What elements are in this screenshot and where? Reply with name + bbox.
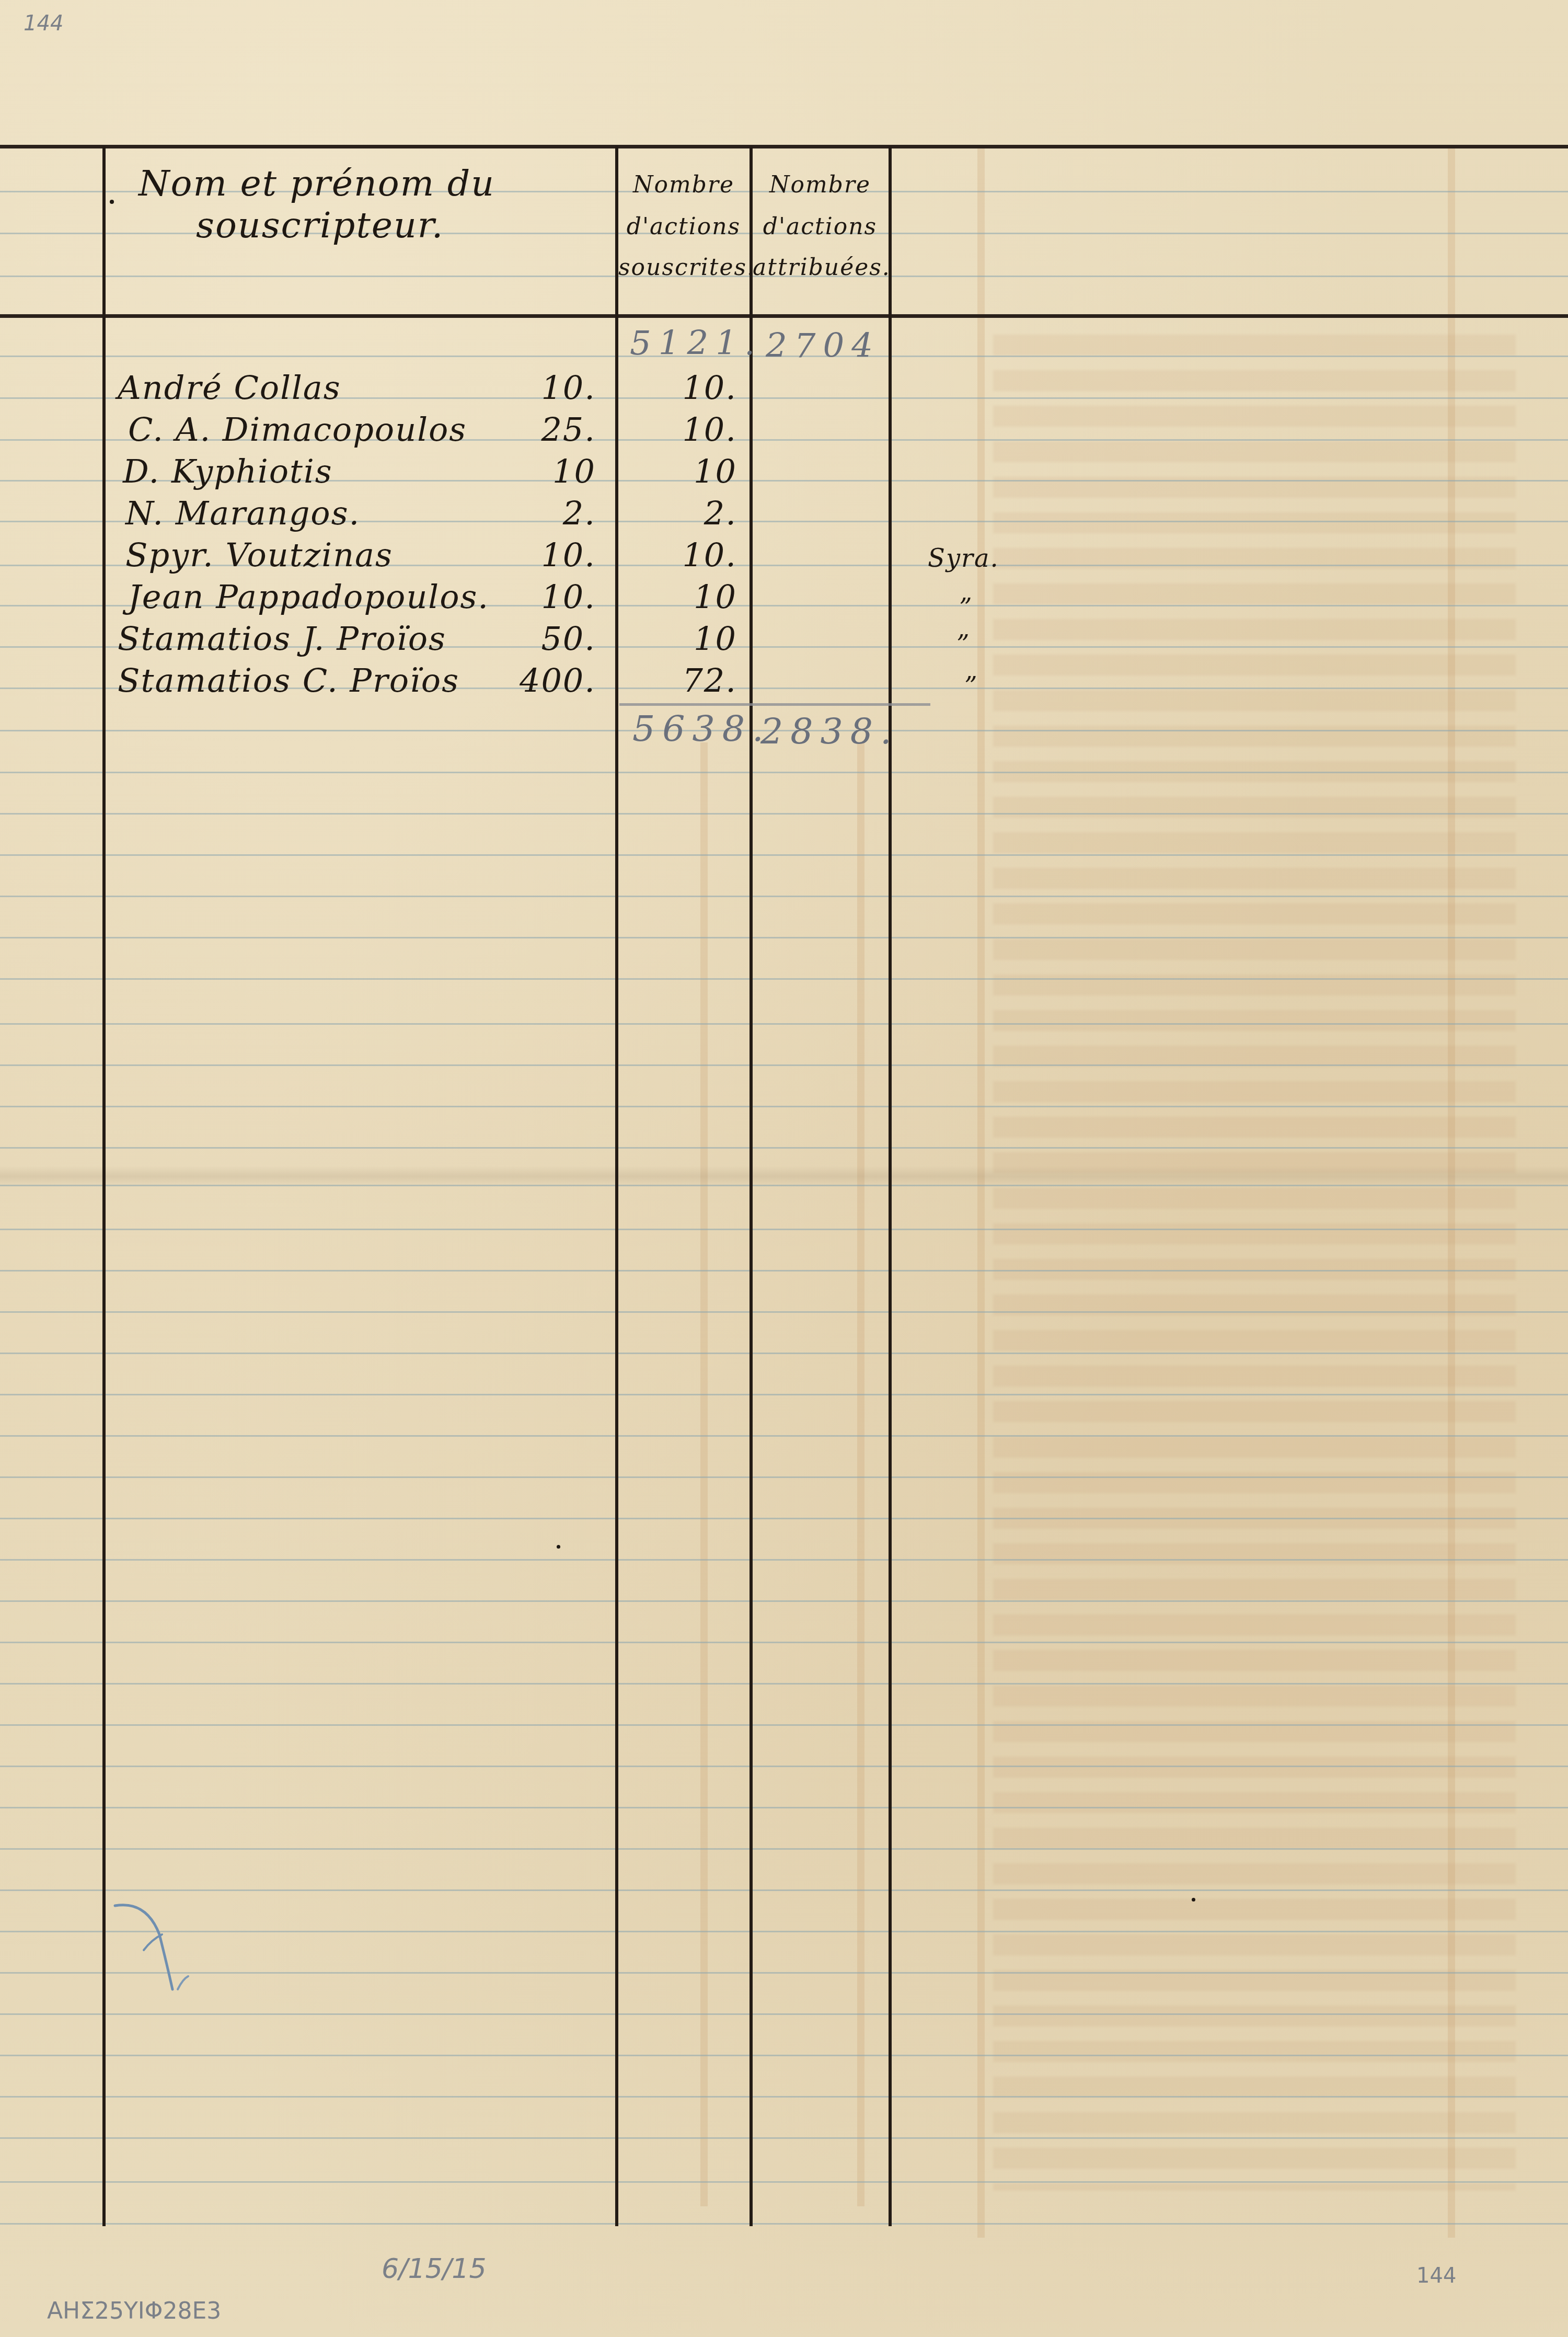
column-line-allotted (750, 146, 753, 2226)
page-number-top: 144 (24, 12, 63, 36)
header-allotted-line3: attribuées. (753, 256, 887, 279)
sum-underline (619, 703, 930, 706)
bleed-column-line (857, 742, 864, 2206)
column-line-subscribed (615, 146, 618, 2226)
header-subscribed-line3: souscrites. (618, 256, 749, 279)
header-name-line1: Nom et prénom du (139, 166, 495, 202)
allotted-count: 10. (627, 410, 737, 449)
allotted-count: 10 (627, 578, 737, 616)
subscriber-name: Stamatios C. Proïos (118, 661, 459, 700)
subscriber-name: Spyr. Voutzinas (125, 536, 393, 574)
allotted-count: 72. (627, 661, 737, 700)
subscribed-count: 10. (486, 578, 596, 616)
subscribed-count: 400. (486, 661, 596, 700)
pencil-reference-number: 6/15/15 (382, 2253, 486, 2285)
allotted-count: 10 (627, 620, 737, 658)
page-number-bottom: 144 (1416, 2264, 1456, 2288)
subscriber-name: Jean Pappadopoulos. (128, 578, 489, 616)
header-subscribed-line1: Nombre (618, 174, 749, 197)
ink-speck (557, 1545, 560, 1549)
ink-speck (1192, 1898, 1195, 1901)
subscribed-count: 2. (486, 494, 596, 532)
subscribed-count: 25. (486, 410, 596, 449)
bleed-column-line (700, 742, 708, 2206)
reverse-side-bleed-through (993, 335, 1516, 2191)
allotted-count: 10 (627, 452, 737, 490)
total-allotted: 2838. (760, 711, 899, 752)
allotted-count: 10. (627, 369, 737, 407)
header-name-line2: souscripteur. (196, 208, 444, 244)
subscriber-name: André Collas (118, 369, 341, 407)
archive-code: ΑΗΣ25ΥΙΦ28Ε3 (47, 2298, 221, 2324)
allotted-count: 10. (627, 536, 737, 574)
subscriber-name: Stamatios J. Proïos (118, 620, 446, 658)
bleed-column-line (977, 146, 985, 2238)
remark-ditto: ” (959, 593, 973, 623)
table-top-rule (0, 145, 1568, 148)
carried-forward-subscribed: 5121. (630, 324, 762, 363)
total-subscribed: 5638. (632, 708, 771, 750)
header-bottom-rule (0, 314, 1568, 318)
ink-dot (110, 200, 114, 204)
carried-forward-allotted: 2704 (766, 327, 880, 365)
subscriber-name: N. Marangos. (125, 494, 360, 532)
paper-fold (0, 1166, 1568, 1187)
subscriber-name: D. Kyphiotis (123, 452, 333, 490)
remark-ditto: ” (956, 630, 971, 659)
header-subscribed-line2: d'actions (618, 215, 749, 238)
remark-ditto: ” (964, 672, 978, 701)
bleed-column-line (1448, 146, 1455, 2238)
allotted-count: 2. (627, 494, 737, 532)
blue-pencil-check-mark (110, 1893, 199, 1992)
subscriber-name: C. A. Dimacopoulos (128, 410, 467, 449)
remark-location: Syra. (928, 544, 999, 573)
header-allotted-line2: d'actions (753, 215, 887, 238)
subscribed-count: 10. (486, 369, 596, 407)
subscribed-count: 10 (486, 452, 596, 490)
header-allotted-line1: Nombre (753, 174, 887, 197)
column-line-left (102, 146, 106, 2226)
subscribed-count: 50. (486, 620, 596, 658)
column-line-remarks (889, 146, 892, 2226)
subscribed-count: 10. (486, 536, 596, 574)
